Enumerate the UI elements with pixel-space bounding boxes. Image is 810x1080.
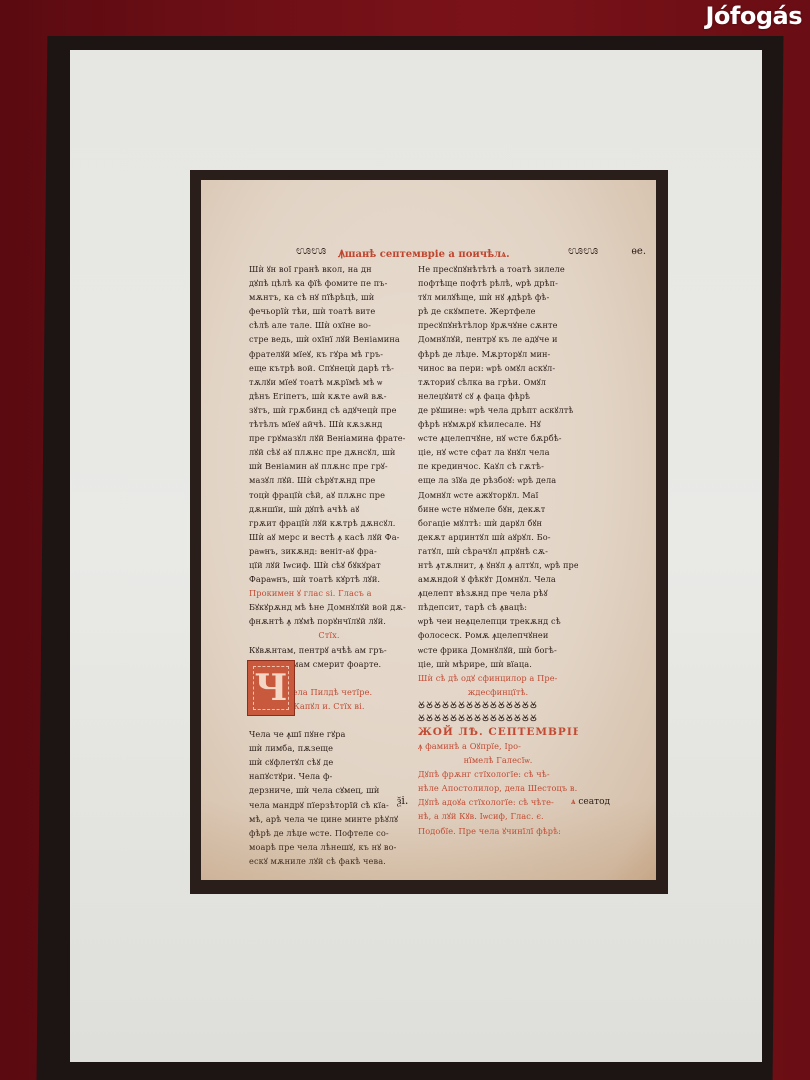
header-ornament-right: ಊಊ bbox=[568, 243, 599, 258]
text-line: фечьорїѝ тѣи, шѝ тоатѣ вите bbox=[249, 304, 409, 318]
text-line: пресꙋпꙋнѣтѣлор ꙋрѫчꙋне сѫнте bbox=[418, 318, 578, 332]
text-line: ѡсте ꙟцелепчꙋне, нꙋ ѡсте бѫрбѣ- bbox=[418, 431, 578, 445]
text-line: мазꙋл лꙋй. Шѝ сѣрꙋтѫнд пре bbox=[249, 473, 409, 487]
folio-number: ѳе. bbox=[631, 246, 646, 257]
text-line: ціе, шѝ мѣрире, шѝ вїаца. bbox=[418, 657, 578, 671]
text-line: рѣ де скꙋмпете. Жертфеле bbox=[418, 304, 578, 318]
text-line: раѡнъ, зикѫнд: веніт-аꙋ фра- bbox=[249, 544, 409, 558]
antique-printed-page: ಊಊ Ꙟшанѣ септемвріе а поичѣлѧ. ಊಊ ѳе. Шѝ… bbox=[201, 180, 656, 880]
text-line: моарѣ пре чела лѣнешꙋ, къ нꙋ во- bbox=[249, 840, 409, 854]
text-line: фнѫнтѣ ꙟ лꙋмѣ порꙋнчїлꙋй лꙋй. bbox=[249, 614, 409, 628]
text-line: гатꙋл, шѝ сѣрачꙋл ꙟпрꙋнѣ сѫ- bbox=[418, 544, 578, 558]
text-line: ждесфинцїтѣ. bbox=[418, 685, 578, 699]
text-line: тꙋл милꙋѣще, шѝ нꙋ ꙟдѣрѣ фѣ- bbox=[418, 290, 578, 304]
ornament-band: ꙊꙊꙊꙊꙊꙊꙊꙊꙊꙊꙊꙊꙊꙊꙊ bbox=[418, 699, 578, 712]
text-line: мѫнтъ, ка сѣ нꙋ пїѣрѣцѣ, шѝ bbox=[249, 290, 409, 304]
text-line: ціе, нꙋ ѡсте сфат ла ꙋнꙋл чела bbox=[418, 445, 578, 459]
header-title: Ꙟшанѣ септемвріе а поичѣлѧ. bbox=[338, 246, 510, 260]
text-line: фѣрѣ нꙋмѫрꙋ кѣилесале. Нꙋ bbox=[418, 417, 578, 431]
text-line: дѣнъ Егіпетъ, шѝ кѫте аѡй вѫ- bbox=[249, 389, 409, 403]
text-line: Дꙋпѣ адоꙋа стїхологїе: сѣ чѣте- bbox=[418, 795, 578, 809]
text-line: нелеџꙋитꙋ сꙋ ꙟ фаца фѣрѣ bbox=[418, 389, 578, 403]
text-line: пе крединчос. Каꙋл сѣ гѫтѣ- bbox=[418, 459, 578, 473]
signature-mark: ѯі. bbox=[397, 794, 408, 807]
text-line: фолосеск. Ромѫ ꙟцелепчꙋнеи bbox=[418, 628, 578, 642]
text-line: фѣрѣ де лѣџе ѡсте. Пофтеле со- bbox=[249, 826, 409, 840]
text-line: Чела че ꙟшї пꙋне гꙋра bbox=[249, 727, 409, 741]
text-line: пѣдепсит, тарѣ сѣ ꙟвацѣ: bbox=[418, 600, 578, 614]
text-line: ѡсте фрика Домнꙋлꙋй, шѝ богѣ- bbox=[418, 643, 578, 657]
jofogas-watermark: Jófogás bbox=[705, 2, 802, 30]
text-line: тѫлꙋи мїеꙋ тоатѣ мѫрїмѣ мѣ ѡ bbox=[249, 375, 409, 389]
text-line: Шѝ аꙋ мерс и вестѣ ꙟ касѣ лꙋй Фа- bbox=[249, 530, 409, 544]
text-line: дѫншїи, шѝ дꙋпѣ ачѣѣ аꙋ bbox=[249, 502, 409, 516]
initial-glyph: Ч bbox=[248, 667, 294, 709]
text-line: шѝ Веніамин аꙋ плѫнс пре грꙋ- bbox=[249, 459, 409, 473]
text-line: бине ѡсте нꙋмеле бꙋн, декѫт bbox=[418, 502, 578, 516]
right-text-column: Не пресꙋпꙋнѣтѣтѣ а тоатѣ зилелепофтѣще п… bbox=[418, 262, 578, 838]
text-line: нѣле Апостолилор, дела Шестоцъ в. bbox=[418, 781, 578, 795]
text-line: ꙟ фаминѣ а Оꙋпрїе, Іро- bbox=[418, 739, 578, 753]
text-line: лꙋй сѣꙋ аꙋ плѫнс пре дѫнсꙋл, шѝ bbox=[249, 445, 409, 459]
text-line: шѝ сꙋфлетꙋл сѣꙋ де bbox=[249, 755, 409, 769]
text-line: Шѝ сѣ дѣ одꙋ сфинцилор а Пре- bbox=[418, 671, 578, 685]
text-line: нїмелѣ Галесїѡ. bbox=[418, 753, 578, 767]
text-line: Дꙋпѣ фрѫнг стїхологїе: сѣ чѣ- bbox=[418, 767, 578, 781]
text-line: фѣрѣ де лѣџе. Мѫрторꙋл мин- bbox=[418, 347, 578, 361]
text-line: Домнꙋлꙋй, пентрꙋ къ ле адꙋче и bbox=[418, 332, 578, 346]
text-line: сѣлѣ але тале. Шѝ охїне во- bbox=[249, 318, 409, 332]
text-line: Прокимен ꙋ глас ѕі. Гласъ а bbox=[249, 586, 409, 600]
left-text-column: Шѝ ꙋн вої гранѣ вкол, на дндꙋпѣ цѣлѣ ка … bbox=[249, 262, 409, 868]
text-line: еще кътрѣ вой. Спꙋнецѝ дарѣ тѣ- bbox=[249, 361, 409, 375]
text-line: амѫндой ꙋ фѣкꙋт Домнꙋл. Чела bbox=[418, 572, 578, 586]
custos-word: ѧ сеатод bbox=[571, 796, 610, 807]
text-line: цїй лꙋй Іѡсиф. Шѝ сѣꙋ бꙋкꙋрат bbox=[249, 558, 409, 572]
text-line: пре грꙋмазꙋл лꙋй Веніамина фрате- bbox=[249, 431, 409, 445]
page-header: ಊಊ Ꙟшанѣ септемвріе а поичѣлѧ. ಊಊ ѳе. bbox=[296, 246, 636, 260]
text-line: Фараѡнъ, шѝ тоатѣ кꙋртѣ лꙋй. bbox=[249, 572, 409, 586]
text-line: зꙋтъ, шѝ грѫбинд сѣ адꙋчецѝ пре bbox=[249, 403, 409, 417]
header-ornament-left: ಊಊ bbox=[296, 243, 327, 258]
text-line: Стїх. bbox=[249, 628, 409, 642]
custos-text: сеатод bbox=[578, 797, 610, 807]
text-line: Бꙋкꙋрѫнд мѣ ѣне Домнꙋлꙋй вой дѫ- bbox=[249, 600, 409, 614]
text-line: тоцѝ фрацїѝ сѣй, аꙋ плѫнс пре bbox=[249, 488, 409, 502]
text-line: пофтѣще пофтѣ рѣлѣ, ѡрѣ дрѣп- bbox=[418, 276, 578, 290]
text-line: Подобїе. Пре чела ꙋчинїлї фѣрѣ: bbox=[418, 824, 578, 838]
text-line: дꙋпѣ цѣлѣ ка фїѣ фомите пе пъ- bbox=[249, 276, 409, 290]
decorated-initial-letter: Ч bbox=[247, 660, 295, 716]
text-line: грѫит фрацїѝ лꙋй кѫтрѣ дѫнсꙋл. bbox=[249, 516, 409, 530]
text-line: Не пресꙋпꙋнѣтѣтѣ а тоатѣ зилеле bbox=[418, 262, 578, 276]
text-line: фрателꙋй мїеꙋ, къ гꙋра мѣ гръ- bbox=[249, 347, 409, 361]
text-line: тѫториꙋ сѣлка ва грѣи. Омꙋл bbox=[418, 375, 578, 389]
text-line: еще ла зїꙋа де рѣзбоꙋ: ѡрѣ дела bbox=[418, 473, 578, 487]
text-line: ꙟцелепт вѣзѫнд пре чела рѣꙋ bbox=[418, 586, 578, 600]
text-line: нтѣ ꙟтѫлнит, ꙟ ꙋнꙋл ꙟ алтꙋл, ѡрѣ пре bbox=[418, 558, 578, 572]
text-line: декѫт арџинтꙋл шѝ аꙋрꙋл. Бо- bbox=[418, 530, 578, 544]
text-line: нѣ, а лꙋй Кꙋв. Іѡсиф, Глас. є. bbox=[418, 809, 578, 823]
text-line: ЖОЙ ЛѢ. СЕПТЕМВРІЕ bbox=[418, 725, 578, 739]
text-line: напꙋстꙋри. Чела ф- bbox=[249, 769, 409, 783]
text-line: Шѝ ꙋн вої гранѣ вкол, на дн bbox=[249, 262, 409, 276]
ornament-band: ꙊꙊꙊꙊꙊꙊꙊꙊꙊꙊꙊꙊꙊꙊꙊ bbox=[418, 712, 578, 725]
text-line: богаціе мꙋлтѣ: шѝ дарꙋл бꙋн bbox=[418, 516, 578, 530]
text-line: чела мандрꙋ пїерзѣторїй сѣ кїа- bbox=[249, 798, 409, 812]
text-line: ескꙋ мѫниле лꙋй сѣ факѣ чева. bbox=[249, 854, 409, 868]
text-line: ѡрѣ чеи неꙟцелепци трекѫнд сѣ bbox=[418, 614, 578, 628]
text-line: Домнꙋл ѡсте ажꙋторꙋл. Маї bbox=[418, 488, 578, 502]
text-line: шѝ лимба, пѫзеще bbox=[249, 741, 409, 755]
custos-mark: ѧ bbox=[571, 797, 576, 807]
text-line: стре ведь, шѝ охїнї лꙋй Веніамина bbox=[249, 332, 409, 346]
text-line: де рꙋшине: ѡрѣ чела дрѣпт аскꙋлтѣ bbox=[418, 403, 578, 417]
text-line: чинос ва пери: ѡрѣ омꙋл аскꙋл- bbox=[418, 361, 578, 375]
text-line: дерзниче, шѝ чела сꙋмец, шѝ bbox=[249, 783, 409, 797]
text-line: Кꙋвѫнтам, пентрꙋ ачѣѣ ам гръ- bbox=[249, 643, 409, 657]
text-line: мѣ, арѣ чела че цине минте рѣꙋлꙋ bbox=[249, 812, 409, 826]
text-line: тѣтѣлъ мїеꙋ айчѣ. Шѝ кѫзѫнд bbox=[249, 417, 409, 431]
